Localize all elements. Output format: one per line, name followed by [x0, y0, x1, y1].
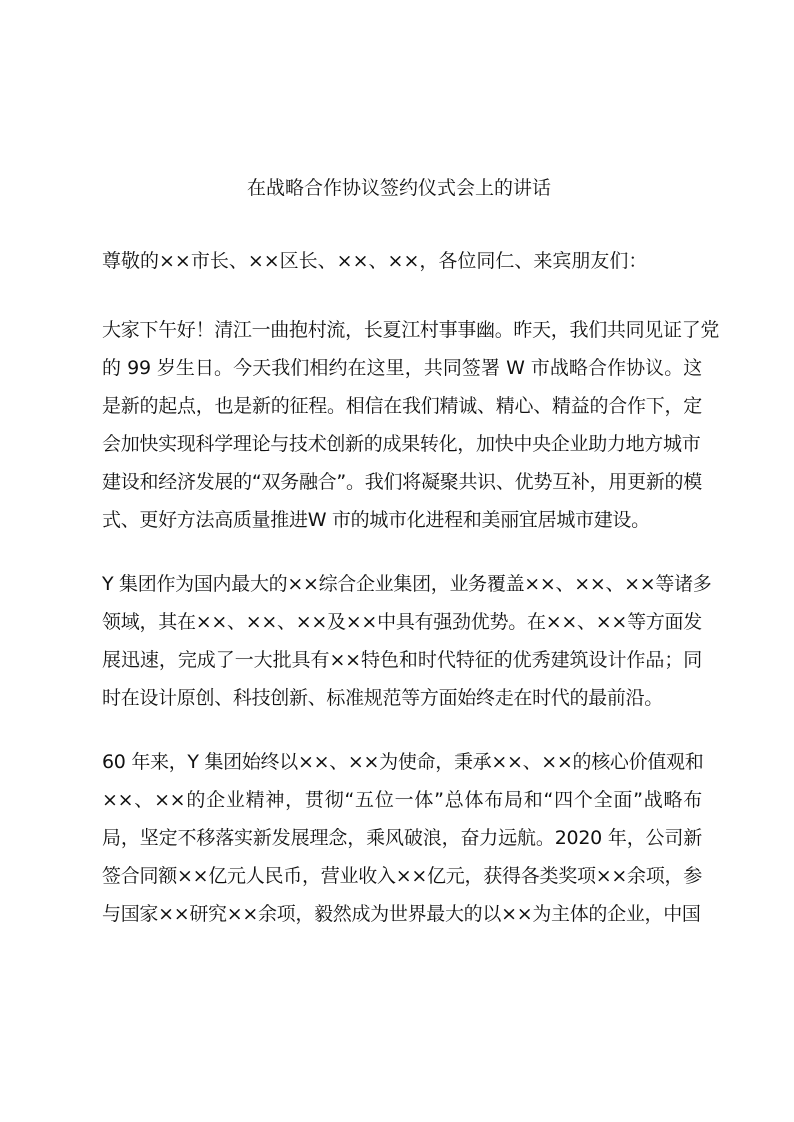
- paragraph-line: ××、××的企业精神，贯彻“五位一体”总体布局和“四个全面”战略布: [102, 781, 702, 819]
- paragraph-line: 与国家××研究××余项，毅然成为世界最大的以××为主体的企业，中国: [102, 895, 703, 933]
- paragraph-line: 建设和经济发展的“双务融合”。我们将凝聚共识、优势互补，用更新的模: [102, 463, 702, 501]
- paragraph-3: 60 年来，Y 集团始终以××、××为使命，秉承××、××的核心价值观和 ××、…: [102, 743, 703, 933]
- paragraph-line: 会加快实现科学理论与技术创新的成果转化，加快中央企业助力地方城市: [102, 425, 702, 463]
- paragraph-line: 60 年来，Y 集团始终以××、××为使命，秉承××、××的核心价值观和: [102, 743, 703, 781]
- paragraph-line: 大家下午好！清江一曲抱村流，长夏江村事事幽。昨天，我们共同见证了党: [102, 311, 702, 349]
- salutation: 尊敬的××市长、××区长、××、××，各位同仁、来宾朋友们：: [102, 246, 647, 276]
- paragraph-line: 的 99 岁生日。今天我们相约在这里，共同签署 W 市战略合作协议。这: [102, 349, 702, 387]
- document-title: 在战略合作协议签约仪式会上的讲话: [102, 174, 696, 202]
- paragraph-line: 展迅速，完成了一大批具有××特色和时代特征的优秀建筑设计作品；同: [102, 641, 702, 679]
- paragraph-2: Y 集团作为国内最大的××综合企业集团，业务覆盖××、××、××等诸多 领域，其…: [102, 565, 702, 717]
- paragraph-line: Y 集团作为国内最大的××综合企业集团，业务覆盖××、××、××等诸多: [102, 565, 702, 603]
- paragraph-1: 大家下午好！清江一曲抱村流，长夏江村事事幽。昨天，我们共同见证了党 的 99 岁…: [102, 311, 702, 539]
- paragraph-line: 时在设计原创、科技创新、标准规范等方面始终走在时代的最前沿。: [102, 679, 702, 717]
- paragraph-line: 是新的起点，也是新的征程。相信在我们精诚、精心、精益的合作下，定: [102, 387, 702, 425]
- paragraph-line: 式、更好方法高质量推进W 市的城市化进程和美丽宜居城市建设。: [102, 501, 702, 539]
- paragraph-line: 签合同额××亿元人民币，营业收入××亿元，获得各类奖项××余项，参: [102, 857, 702, 895]
- paragraph-line: 局，坚定不移落实新发展理念，乘风破浪，奋力远航。2020 年，公司新: [102, 819, 702, 857]
- paragraph-line: 领域，其在××、××、××及××中具有强劲优势。在××、××等方面发: [102, 603, 702, 641]
